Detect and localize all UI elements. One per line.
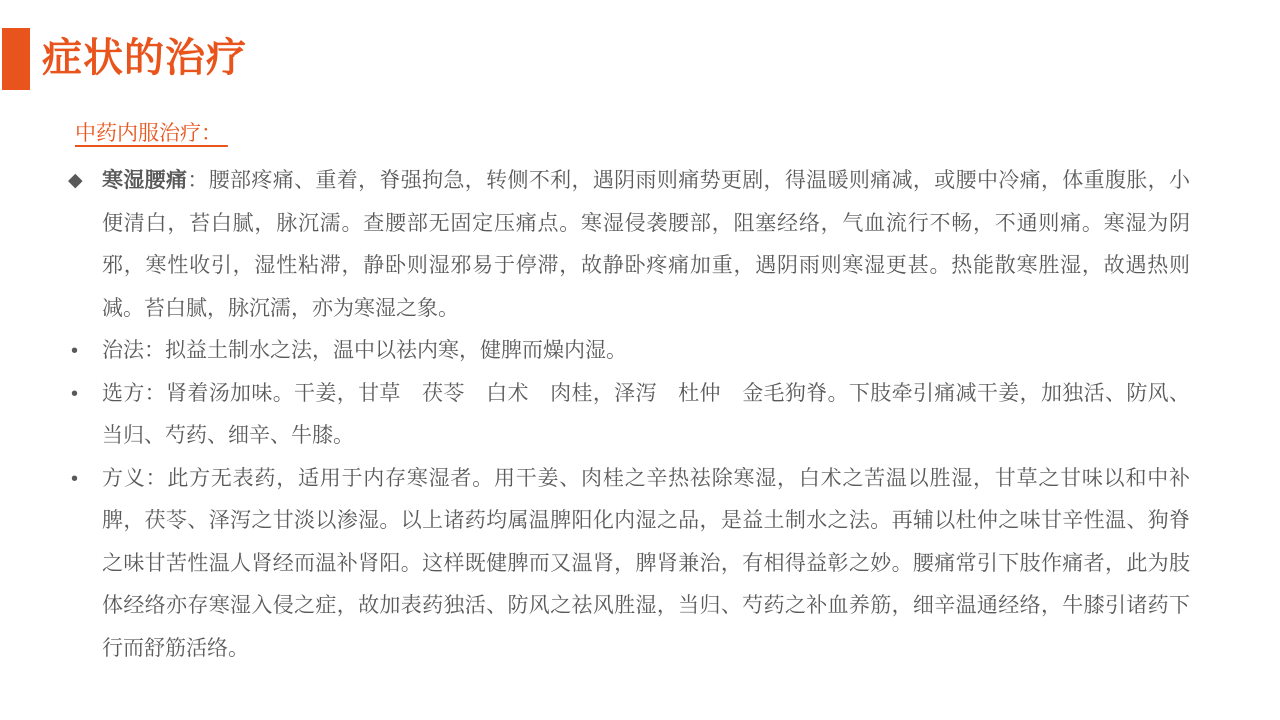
bullet-text: 治法：拟益土制水之法，温中以祛内寒，健脾而燥内湿。 — [102, 339, 627, 362]
dot-bullet-icon: • — [71, 330, 78, 373]
bullet-lead: 寒湿腰痛 — [102, 169, 187, 192]
bullet-text: 选方：肾着汤加味。干姜，甘草 茯苓 白术 肉桂，泽泻 杜仲 金毛狗脊。下肢牵引痛… — [102, 382, 1190, 448]
bullet-text: ：腰部疼痛、重着，脊强拘急，转侧不利，遇阴雨则痛势更剧，得温暖则痛减，或腰中冷痛… — [102, 169, 1190, 320]
bullet-item-xuanfang: • 选方：肾着汤加味。干姜，甘草 茯苓 白术 肉桂，泽泻 杜仲 金毛狗脊。下肢牵… — [68, 373, 1190, 458]
bullet-text: 方义：此方无表药，适用于内存寒湿者。用干姜、肉桂之辛热祛除寒湿，白术之苦温以胜湿… — [102, 467, 1190, 660]
bullet-item-hanshi-yaotong: ◆ 寒湿腰痛：腰部疼痛、重着，脊强拘急，转侧不利，遇阴雨则痛势更剧，得温暖则痛减… — [68, 160, 1190, 330]
bullet-item-zhifa: • 治法：拟益土制水之法，温中以祛内寒，健脾而燥内湿。 — [68, 330, 1190, 373]
page-title: 症状的治疗 — [42, 34, 247, 82]
bullet-item-fangyi: • 方义：此方无表药，适用于内存寒湿者。用干姜、肉桂之辛热祛除寒湿，白术之苦温以… — [68, 458, 1190, 671]
accent-bar — [2, 28, 30, 90]
section-subtitle: 中药内服治疗： — [75, 117, 228, 147]
dot-bullet-icon: • — [71, 373, 78, 416]
dot-bullet-icon: • — [71, 458, 78, 501]
slide-canvas: 症状的治疗 中药内服治疗： ◆ 寒湿腰痛：腰部疼痛、重着，脊强拘急，转侧不利，遇… — [0, 0, 1280, 720]
content-list: ◆ 寒湿腰痛：腰部疼痛、重着，脊强拘急，转侧不利，遇阴雨则痛势更剧，得温暖则痛减… — [68, 160, 1190, 670]
diamond-bullet-icon: ◆ — [68, 160, 83, 203]
